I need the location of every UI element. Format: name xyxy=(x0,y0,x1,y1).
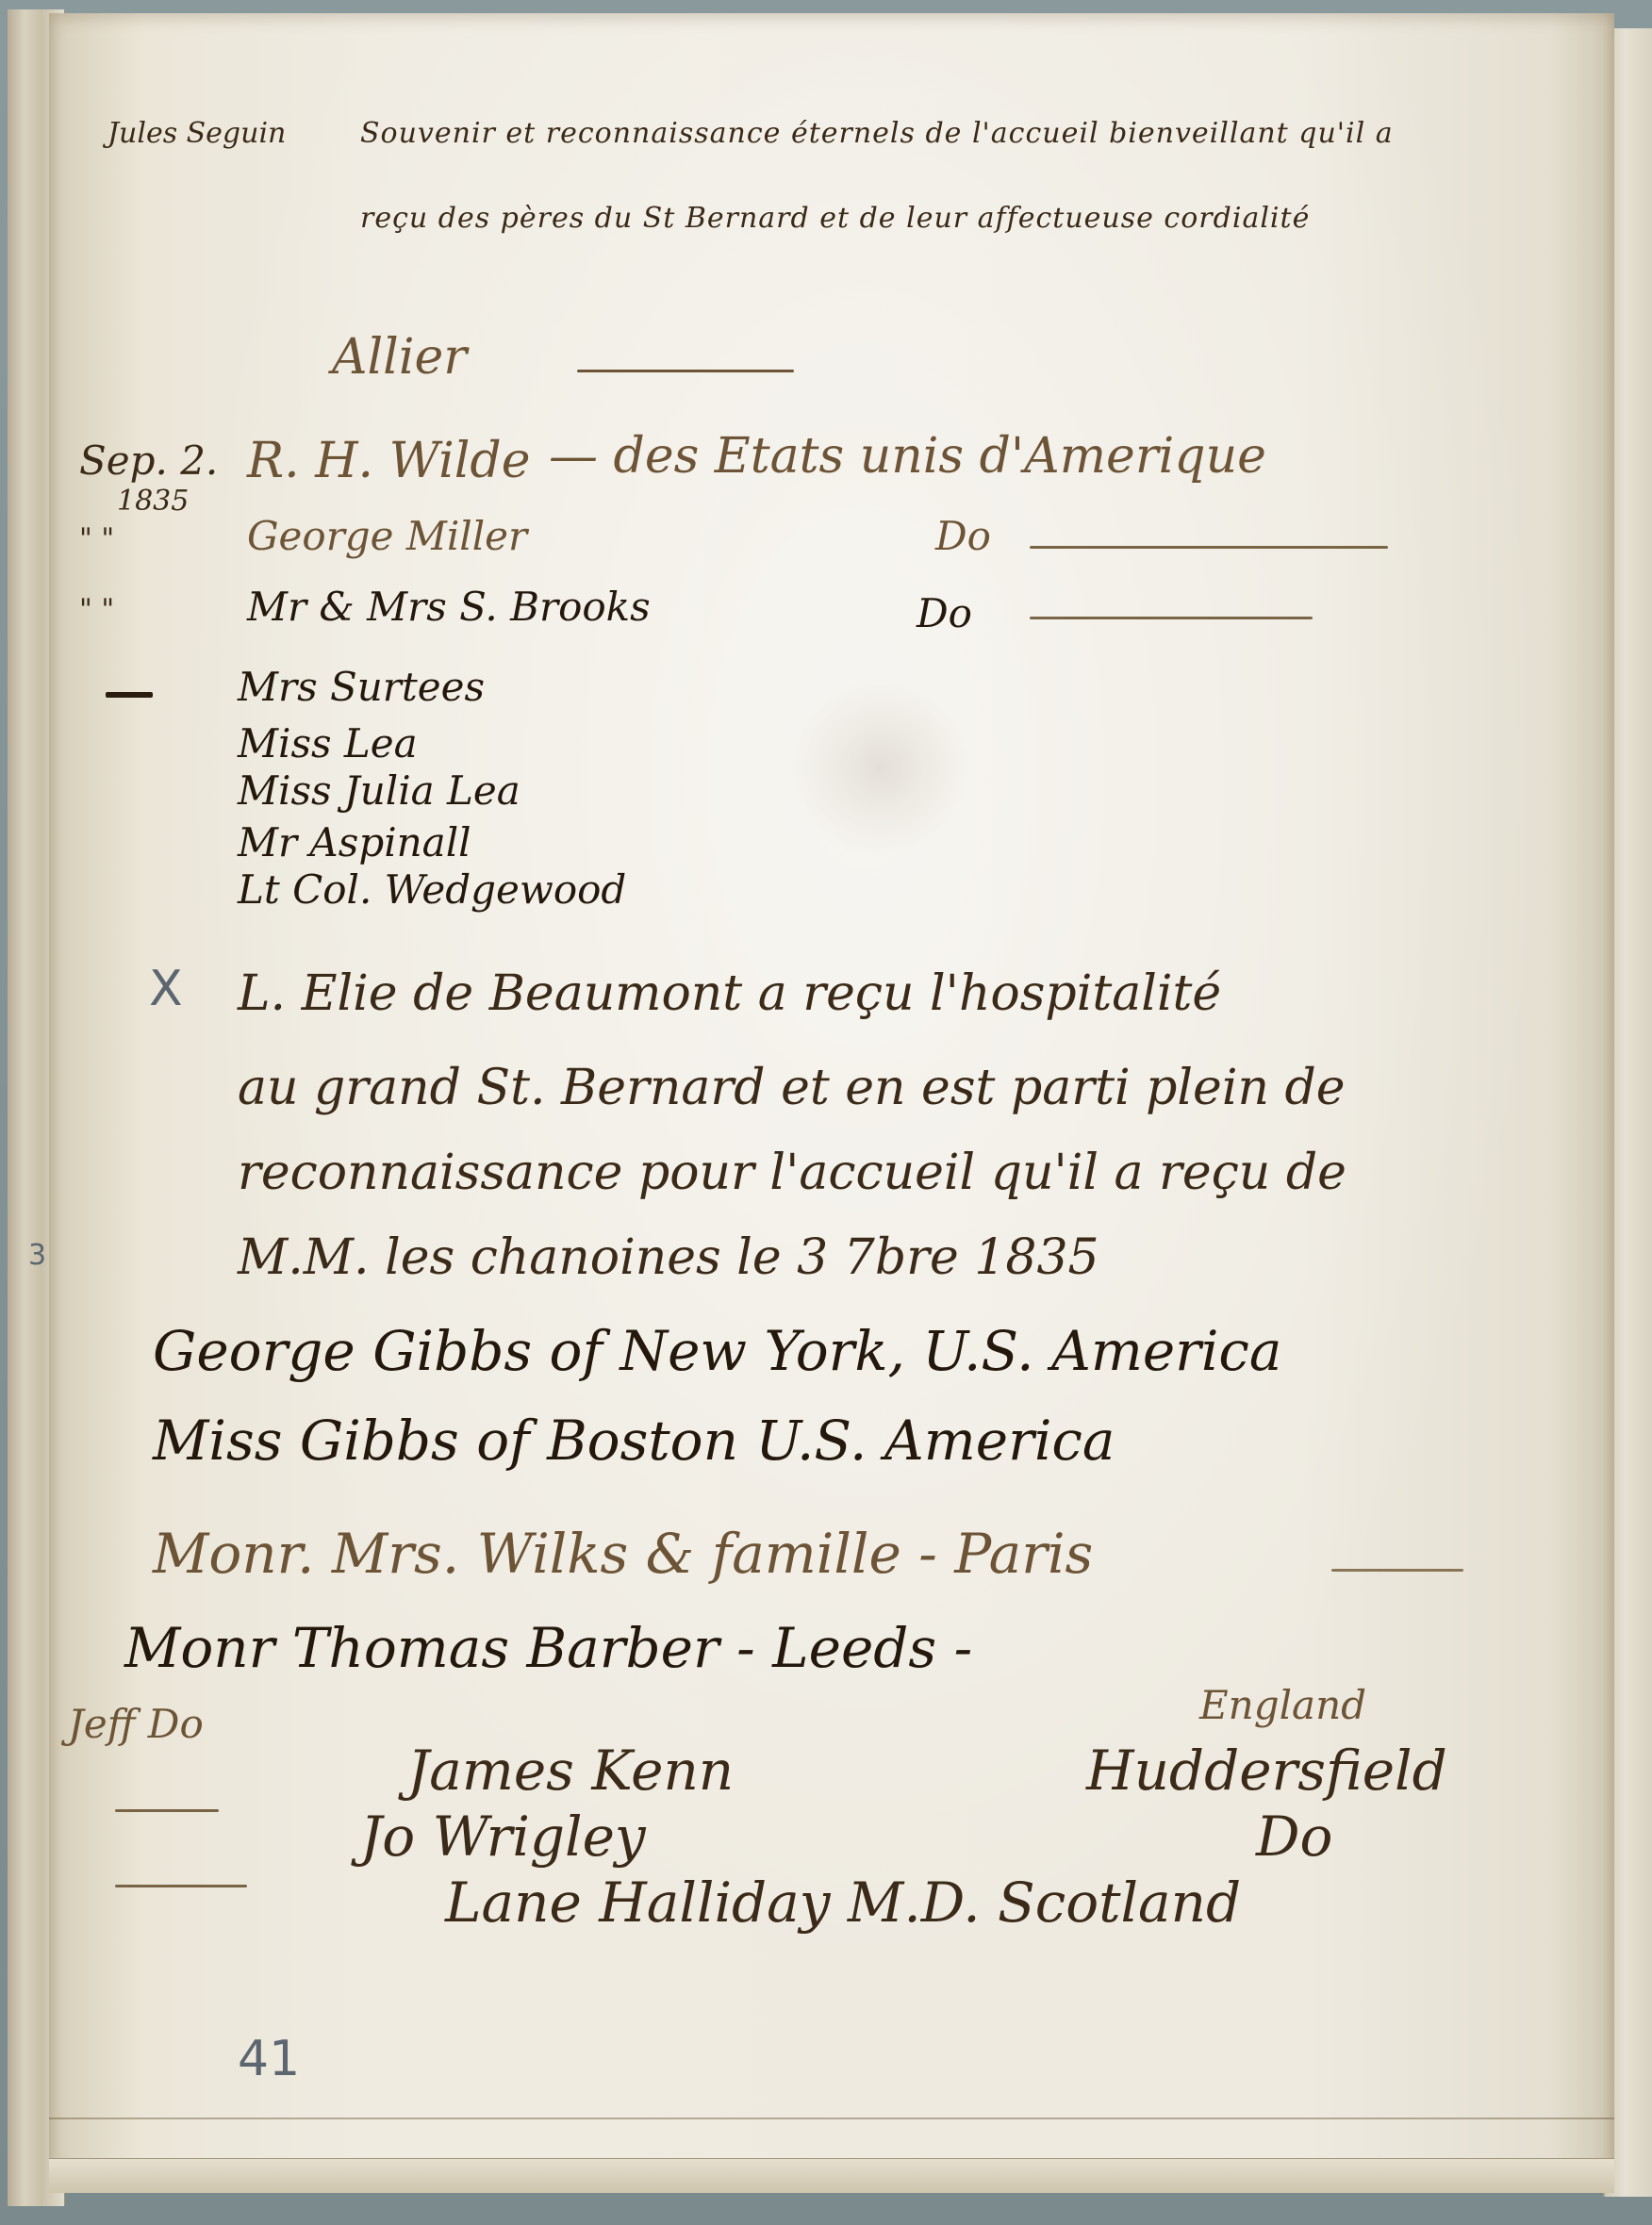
signed-entry: Jo Wrigley xyxy=(360,1805,646,1869)
header-signer: Jules Seguin xyxy=(107,117,286,150)
group-name: Mr Aspinall xyxy=(238,819,471,865)
header-line-2: reçu des pères du St Bernard et de leur … xyxy=(360,202,1310,235)
page-bottom-edge xyxy=(49,2158,1614,2193)
group-name: Lt Col. Wedgewood xyxy=(238,866,626,913)
margin-rule xyxy=(115,1809,219,1812)
signed-entry: Monr. Mrs. Wilks & famille - Paris xyxy=(153,1522,1093,1586)
note-line: au grand St. Bernard et en est parti ple… xyxy=(238,1060,1346,1116)
note-line: reconnaissance pour l'accueil qu'il a re… xyxy=(238,1145,1346,1201)
group-name: Miss Julia Lea xyxy=(238,767,520,814)
note-line: L. Elie de Beaumont a reçu l'hospitalité xyxy=(238,965,1221,1022)
group-name: Mrs Surtees xyxy=(238,664,485,710)
page-number: 41 xyxy=(238,2031,300,2087)
margin-number: 3 xyxy=(28,1239,46,1272)
signed-entry: Miss Gibbs of Boston U.S. America xyxy=(153,1409,1115,1473)
signed-entry: George Gibbs of New York, U.S. America xyxy=(153,1319,1282,1383)
group-name: Miss Lea xyxy=(238,720,418,766)
signed-entry: Monr Thomas Barber - Leeds - xyxy=(124,1616,972,1680)
manuscript-page: Jules Seguin Souvenir et reconnaissance … xyxy=(49,13,1614,2193)
header-line-1: Souvenir et reconnaissance éternels de l… xyxy=(360,117,1394,150)
entry-origin: Do xyxy=(917,590,972,636)
paper-fold xyxy=(49,2118,1614,2119)
entry-origin: — des Etats unis d'Amerique xyxy=(549,428,1266,485)
signed-entry-place: Huddersfield xyxy=(1086,1739,1447,1803)
ditto-rule xyxy=(1030,617,1313,619)
entry-date-year: 1835 xyxy=(117,485,189,518)
ditto-rule xyxy=(1030,546,1388,549)
margin-x-mark: X xyxy=(149,961,183,1017)
margin-rule xyxy=(115,1885,247,1887)
entry-name: R. H. Wilde xyxy=(247,433,530,489)
entry-rule xyxy=(1331,1569,1463,1572)
margin-scribble: Jeff Do xyxy=(68,1701,204,1747)
entry-date-day: Sep. 2. xyxy=(79,437,218,484)
ditto-marks: " " xyxy=(79,522,114,555)
signed-entry: James Kenn xyxy=(407,1739,734,1803)
section-heading: Allier xyxy=(332,329,467,386)
entry-origin: Do xyxy=(935,513,991,559)
entry-name: George Miller xyxy=(247,513,527,559)
heading-rule xyxy=(577,370,794,372)
signed-entry-place: Do xyxy=(1256,1805,1332,1869)
note-line: M.M. les chanoines le 3 7bre 1835 xyxy=(238,1229,1099,1286)
entry-name: Mr & Mrs S. Brooks xyxy=(247,584,651,630)
ditto-marks: " " xyxy=(79,593,114,626)
signed-entry: Lane Halliday M.D. Scotland xyxy=(445,1871,1241,1935)
signed-entry-note: England xyxy=(1199,1682,1366,1728)
group-dash xyxy=(106,692,153,698)
